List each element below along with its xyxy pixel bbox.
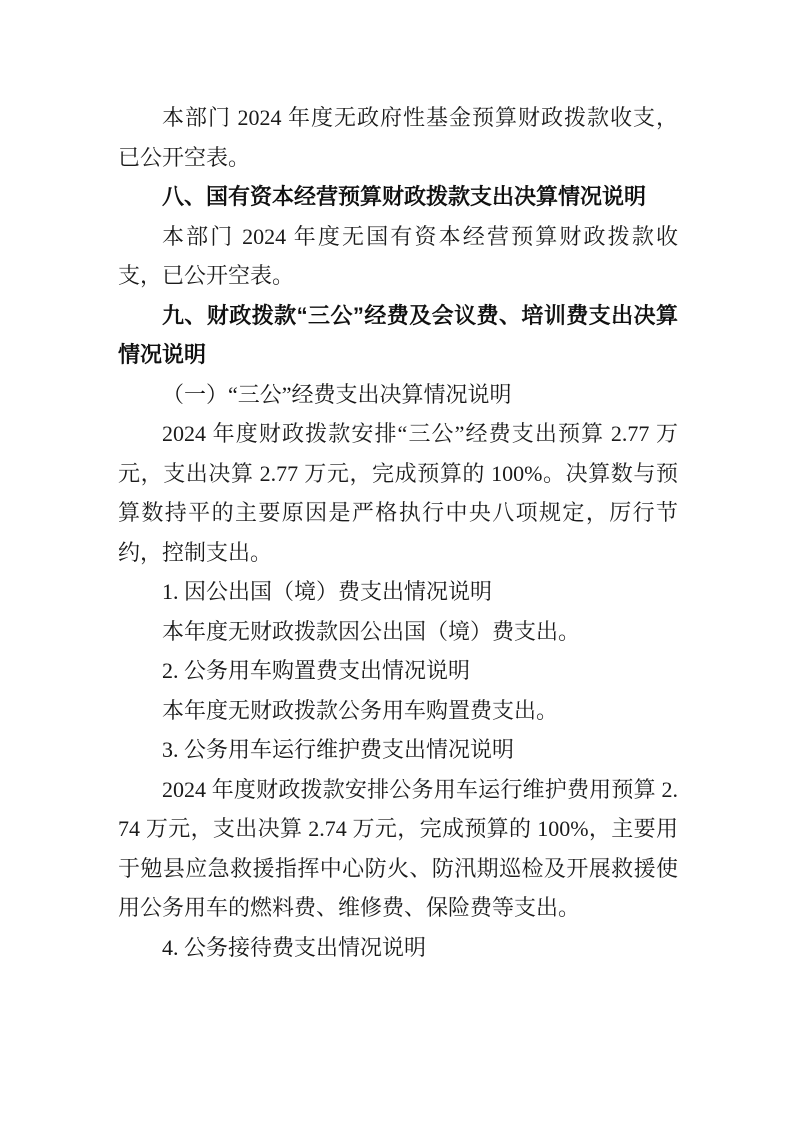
section-heading: 八、国有资本经营预算财政拨款支出决算情况说明 bbox=[118, 177, 678, 217]
paragraph: 本年度无财政拨款因公出国（境）费支出。 bbox=[118, 612, 678, 652]
subsection-heading: 1. 因公出国（境）费支出情况说明 bbox=[118, 572, 678, 612]
document-content: 本部门 2024 年度无政府性基金预算财政拨款收支，已公开空表。八、国有资本经营… bbox=[118, 98, 678, 967]
section-heading: 九、财政拨款“三公”经费及会议费、培训费支出决算情况说明 bbox=[118, 296, 678, 375]
document-page: 本部门 2024 年度无政府性基金预算财政拨款收支，已公开空表。八、国有资本经营… bbox=[0, 0, 793, 1122]
subsection-heading: 2. 公务用车购置费支出情况说明 bbox=[118, 651, 678, 691]
subsection-heading: 3. 公务用车运行维护费支出情况说明 bbox=[118, 730, 678, 770]
paragraph: 本部门 2024 年度无国有资本经营预算财政拨款收支，已公开空表。 bbox=[118, 217, 678, 296]
subsection-heading: 4. 公务接待费支出情况说明 bbox=[118, 928, 678, 968]
paragraph: 2024 年度财政拨款安排“三公”经费支出预算 2.77 万元，支出决算 2.7… bbox=[118, 414, 678, 572]
subsection-heading: （一）“三公”经费支出决算情况说明 bbox=[118, 375, 678, 415]
paragraph: 本部门 2024 年度无政府性基金预算财政拨款收支，已公开空表。 bbox=[118, 98, 678, 177]
paragraph: 2024 年度财政拨款安排公务用车运行维护费用预算 2.74 万元，支出决算 2… bbox=[118, 770, 678, 928]
paragraph: 本年度无财政拨款公务用车购置费支出。 bbox=[118, 691, 678, 731]
